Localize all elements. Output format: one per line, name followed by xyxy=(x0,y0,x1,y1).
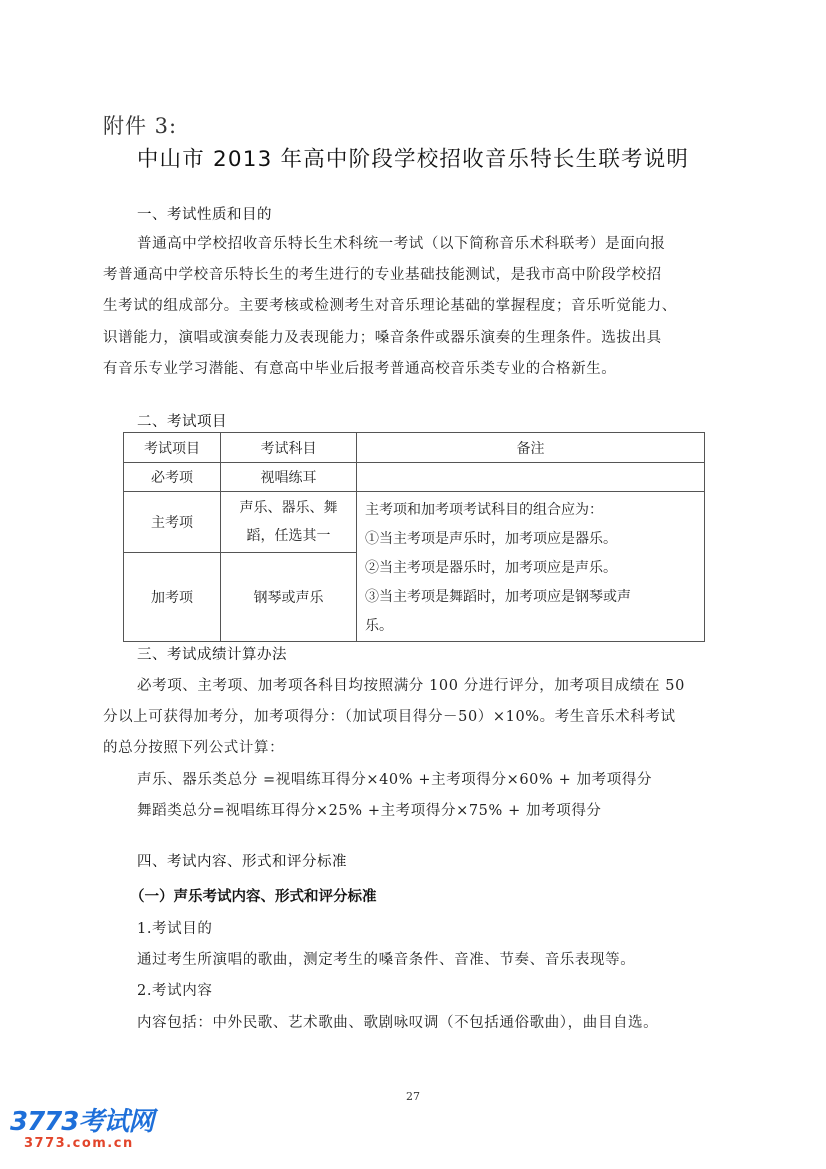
table-row: 主考项 声乐、器乐、舞 蹈，任选其一 主考项和加考项考试科目的组合应为： ①当主… xyxy=(124,492,705,553)
section-3-body: 必考项、主考项、加考项各科目均按照满分 100 分进行评分，加考项目成绩在 50… xyxy=(103,671,743,827)
exam-items-table: 考试项目 考试科目 备注 必考项 视唱练耳 主考项 声乐、器乐、舞 蹈，任选其一… xyxy=(123,432,705,642)
text-line: 分以上可获得加考分，加考项得分：（加试项目得分－50）×10%。考生音乐术科考试 xyxy=(103,702,743,733)
table-cell-subject: 声乐、器乐、舞 蹈，任选其一 xyxy=(221,492,357,553)
text-line: 普通高中学校招收音乐特长生术科统一考试（以下简称音乐术科联考）是面向报 xyxy=(103,229,743,260)
text-line: 的总分按照下列公式计算： xyxy=(103,733,743,764)
section-3-heading: 三、考试成绩计算办法 xyxy=(137,643,287,664)
document-title: 中山市 2013 年高中阶段学校招收音乐特长生联考说明 xyxy=(0,142,826,173)
note-line: ②当主考项是器乐时，加考项应是声乐。 xyxy=(365,554,698,583)
section-4-subheading: （一）声乐考试内容、形式和评分标准 xyxy=(130,885,377,906)
text-line: 有音乐专业学习潜能、有意高中毕业后报考普通高校音乐类专业的合格新生。 xyxy=(103,354,743,385)
section-4-body: 1.考试目的 通过考生所演唱的歌曲，测定考生的嗓音条件、音准、节奏、音乐表现等。… xyxy=(137,914,737,1039)
table-header-cell: 考试项目 xyxy=(124,433,221,463)
note-line: ①当主考项是声乐时，加考项应是器乐。 xyxy=(365,525,698,554)
text-line: 必考项、主考项、加考项各科目均按照满分 100 分进行评分，加考项目成绩在 50 xyxy=(103,671,743,702)
note-line: ③当主考项是舞蹈时，加考项应是钢琴或声 xyxy=(365,583,698,612)
logo-main-text: 3773考试网 xyxy=(10,1108,180,1136)
text-line: 考普通高中学校音乐特长生的考生进行的专业基础技能测试，是我市高中阶段学校招 xyxy=(103,260,743,291)
table-cell-note xyxy=(357,463,705,492)
formula-vocal-instrumental: 声乐、器乐类总分 =视唱练耳得分×40% +主考项得分×60% + 加考项得分 xyxy=(103,765,743,796)
logo-url-text: 3773.com.cn xyxy=(10,1136,180,1152)
table-cell-subject: 视唱练耳 xyxy=(221,463,357,492)
cell-line: 声乐、器乐、舞 xyxy=(227,494,350,522)
page-number: 27 xyxy=(0,1090,826,1103)
table-cell-item: 主考项 xyxy=(124,492,221,553)
table-cell-note-combination: 主考项和加考项考试科目的组合应为： ①当主考项是声乐时，加考项应是器乐。 ②当主… xyxy=(357,492,705,642)
note-line: 主考项和加考项考试科目的组合应为： xyxy=(365,496,698,525)
text-line: 识谱能力，演唱或演奏能力及表现能力；嗓音条件或器乐演奏的生理条件。选拔出具 xyxy=(103,323,743,354)
section-2-heading: 二、考试项目 xyxy=(137,410,227,431)
site-logo[interactable]: 3773考试网 3773.com.cn xyxy=(10,1108,180,1152)
attachment-label: 附件 3: xyxy=(103,110,177,140)
table-header-cell: 备注 xyxy=(357,433,705,463)
item-text: 内容包括：中外民歌、艺术歌曲、歌剧咏叹调（不包括通俗歌曲），曲目自选。 xyxy=(137,1008,737,1039)
table-row: 必考项 视唱练耳 xyxy=(124,463,705,492)
item-text: 通过考生所演唱的歌曲，测定考生的嗓音条件、音准、节奏、音乐表现等。 xyxy=(137,945,737,976)
formula-dance: 舞蹈类总分=视唱练耳得分×25% +主考项得分×75% + 加考项得分 xyxy=(103,796,743,827)
section-4-heading: 四、考试内容、形式和评分标准 xyxy=(137,850,347,871)
text-line: 生考试的组成部分。主要考核或检测考生对音乐理论基础的掌握程度；音乐听觉能力、 xyxy=(103,291,743,322)
section-1-body: 普通高中学校招收音乐特长生术科统一考试（以下简称音乐术科联考）是面向报 考普通高… xyxy=(103,229,743,385)
table-cell-item: 加考项 xyxy=(124,553,221,642)
note-line: 乐。 xyxy=(365,612,698,641)
cell-line: 蹈，任选其一 xyxy=(227,522,350,550)
table-header-cell: 考试科目 xyxy=(221,433,357,463)
item-label: 2.考试内容 xyxy=(137,976,737,1007)
section-1-heading: 一、考试性质和目的 xyxy=(137,203,272,224)
table-header-row: 考试项目 考试科目 备注 xyxy=(124,433,705,463)
table-cell-subject: 钢琴或声乐 xyxy=(221,553,357,642)
table-cell-item: 必考项 xyxy=(124,463,221,492)
item-label: 1.考试目的 xyxy=(137,914,737,945)
